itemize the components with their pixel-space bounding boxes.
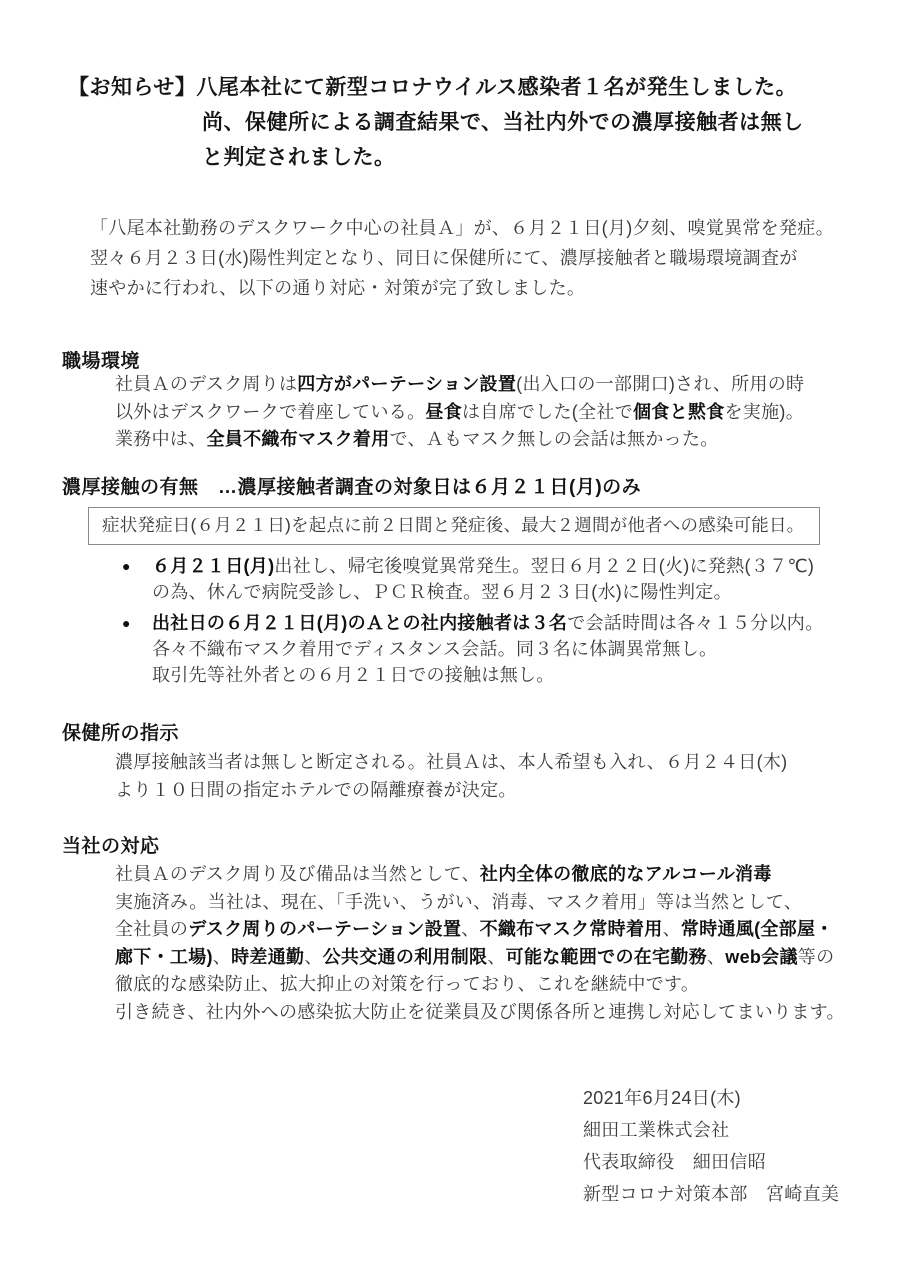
notice-title-line3: と判定されました。 [202,140,804,175]
close-contact-bullet-list: ●６月２１日(月)出社し、帰宅後嗅覚異常発生。翌日６月２２日(火)に発熱(３７℃… [122,553,823,693]
text-line: 取引先等社外者との６月２１日での接触は無し。 [152,662,823,688]
notice-title-line1: 【お知らせ】八尾本社にて新型コロナウイルス感染者１名が発生しました。 [68,70,804,105]
signature-taskforce: 新型コロナ対策本部 宮崎直美 [583,1178,839,1210]
notice-title: 【お知らせ】八尾本社にて新型コロナウイルス感染者１名が発生しました。 尚、保健所… [68,70,804,175]
text-line: 速やかに行われ、以下の通り対応・対策が完了致しました。 [90,273,834,303]
company-response-paragraph: 社員Ａのデスク周り及び備品は当然として、社内全体の徹底的なアルコール消毒実施済み… [115,861,845,1026]
text-line: 引き続き、社内外への感染拡大防止を従業員及び関係各所と連携し対応してまいります。 [115,999,845,1027]
bullet-item: ●出社日の６月２１日(月)のＡとの社内接触者は３名で会話時間は各々１５分以内。各… [122,610,823,688]
text-line: 社員Ａのデスク周り及び備品は当然として、社内全体の徹底的なアルコール消毒 [115,861,845,889]
text-line: 廊下・工場)、時差通勤、公共交通の利用制限、可能な範囲での在宅勤務、web会議等… [115,944,845,972]
text-line: 全社員のデスク周りのパーテーション設置、不織布マスク常時着用、常時通風(全部屋・ [115,916,845,944]
text-line: 「八尾本社勤務のデスクワーク中心の社員Ａ」が、６月２１日(月)夕刻、嗅覚異常を発… [90,213,834,243]
text-line: より１０日間の指定ホテルでの隔離療養が決定。 [115,776,787,804]
section-heading-close-contact: 濃厚接触の有無 …濃厚接触者調査の対象日は６月２１日(月)のみ [62,472,641,499]
bullet-icon: ● [122,553,152,605]
section-heading-workplace: 職場環境 [62,346,140,373]
health-center-paragraph: 濃厚接触該当者は無しと断定される。社員Ａは、本人希望も入れ、６月２４日(木)より… [115,748,787,804]
text-line: 以外はデスクワークで着座している。昼食は自席でした(全社で個食と黙食を実施)。 [115,399,804,427]
text-line: 翌々６月２３日(水)陽性判定となり、同日に保健所にて、濃厚接触者と職場環境調査が [90,243,834,273]
workplace-paragraph: 社員Ａのデスク周りは四方がパーテーション設置(出入口の一部開口)され、所用の時以… [115,371,804,454]
text-line: 社員Ａのデスク周りは四方がパーテーション設置(出入口の一部開口)され、所用の時 [115,371,804,399]
text-line: 徹底的な感染防止、拡大抑止の対策を行っており、これを継続中です。 [115,971,845,999]
intro-paragraph: 「八尾本社勤務のデスクワーク中心の社員Ａ」が、６月２１日(月)夕刻、嗅覚異常を発… [90,213,834,303]
text-line: 濃厚接触該当者は無しと断定される。社員Ａは、本人希望も入れ、６月２４日(木) [115,748,787,776]
text-line: の為、休んで病院受診し、ＰＣＲ検査。翌６月２３日(水)に陽性判定。 [152,579,814,605]
notice-document-page: 【お知らせ】八尾本社にて新型コロナウイルス感染者１名が発生しました。 尚、保健所… [0,0,900,1273]
text-line: ６月２１日(月)出社し、帰宅後嗅覚異常発生。翌日６月２２日(火)に発熱(３７℃) [152,553,814,579]
text-line: 各々不織布マスク着用でディスタンス会話。同３名に体調異常無し。 [152,636,823,662]
infectious-period-note-box: 症状発症日(６月２１日)を起点に前２日間と発症後、最大２週間が他者への感染可能日… [88,507,820,545]
bullet-content: ６月２１日(月)出社し、帰宅後嗅覚異常発生。翌日６月２２日(火)に発熱(３７℃)… [152,553,814,605]
section-heading-health-center: 保健所の指示 [62,718,179,745]
text-line: 出社日の６月２１日(月)のＡとの社内接触者は３名で会話時間は各々１５分以内。 [152,610,823,636]
signature-block: 2021年6月24日(木) 細田工業株式会社 代表取締役 細田信昭 新型コロナ対… [583,1082,839,1210]
text-line: 業務中は、全員不織布マスク着用で、Ａもマスク無しの会話は無かった。 [115,426,804,454]
signature-date: 2021年6月24日(木) [583,1082,839,1114]
bullet-content: 出社日の６月２１日(月)のＡとの社内接触者は３名で会話時間は各々１５分以内。各々… [152,610,823,688]
section-heading-company-response: 当社の対応 [62,831,160,858]
notice-title-line2: 尚、保健所による調査結果で、当社内外での濃厚接触者は無し [202,105,804,140]
bullet-icon: ● [122,610,152,688]
signature-representative: 代表取締役 細田信昭 [583,1146,839,1178]
signature-company: 細田工業株式会社 [583,1114,839,1146]
bullet-item: ●６月２１日(月)出社し、帰宅後嗅覚異常発生。翌日６月２２日(火)に発熱(３７℃… [122,553,823,605]
text-line: 実施済み。当社は、現在、「手洗い、うがい、消毒、マスク着用」等は当然として、 [115,889,845,917]
